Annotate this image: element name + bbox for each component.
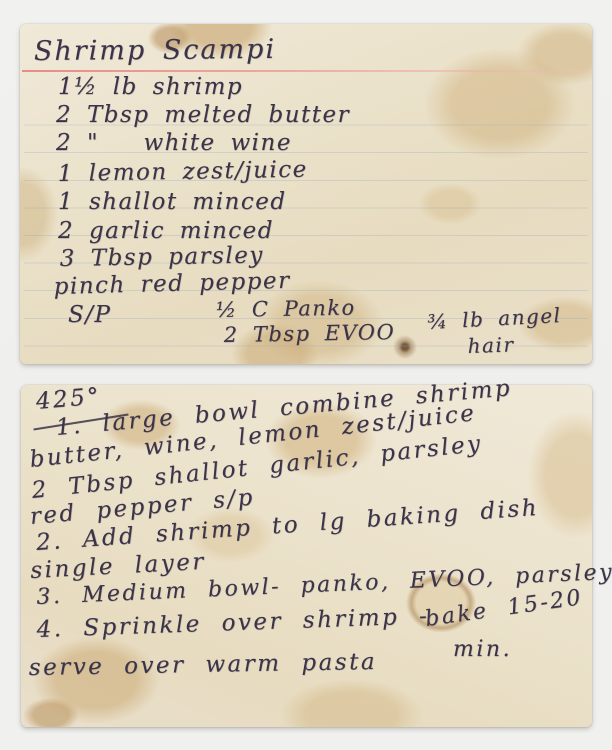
direction-line: serve over warm pasta xyxy=(29,651,378,680)
bake-time-note: min. xyxy=(453,639,512,661)
ingredient-note: ½ C Panko xyxy=(216,298,356,321)
ingredient-line: 2 Tbsp melted butter xyxy=(56,104,350,127)
pasta-note: ¾ lb angel xyxy=(427,305,562,332)
pasta-note: hair xyxy=(467,334,514,356)
direction-line: 4. Sprinkle over shrimp - xyxy=(36,605,430,642)
oven-temperature: 425° xyxy=(35,385,102,414)
red-margin-line xyxy=(22,70,590,72)
ingredient-line: 3 Tbsp parsley xyxy=(60,244,264,271)
ingredient-line: 1½ lb shrimp xyxy=(58,76,243,99)
ingredients-card: Shrimp Scampi 1½ lb shrimp 2 Tbsp melted… xyxy=(20,24,592,364)
ingredient-line: pinch red pepper xyxy=(53,270,290,299)
directions-card: 425° 1. large bowl combine shrimp butter… xyxy=(21,385,592,727)
recipe-title: Shrimp Scampi xyxy=(34,36,276,65)
ingredient-line: 2 garlic minced xyxy=(58,220,274,243)
bake-time-note: bake 15-20 xyxy=(424,587,584,631)
photo-background: Shrimp Scampi 1½ lb shrimp 2 Tbsp melted… xyxy=(0,0,612,750)
ingredient-note: 2 Tbsp EVOO xyxy=(224,322,396,346)
ingredient-line: S/P xyxy=(68,304,111,327)
ingredient-line: 1 lemon zest/juice xyxy=(58,159,308,186)
ingredient-line: 1 shallot minced xyxy=(58,191,287,214)
ingredient-line: 2 " white wine xyxy=(56,132,292,155)
